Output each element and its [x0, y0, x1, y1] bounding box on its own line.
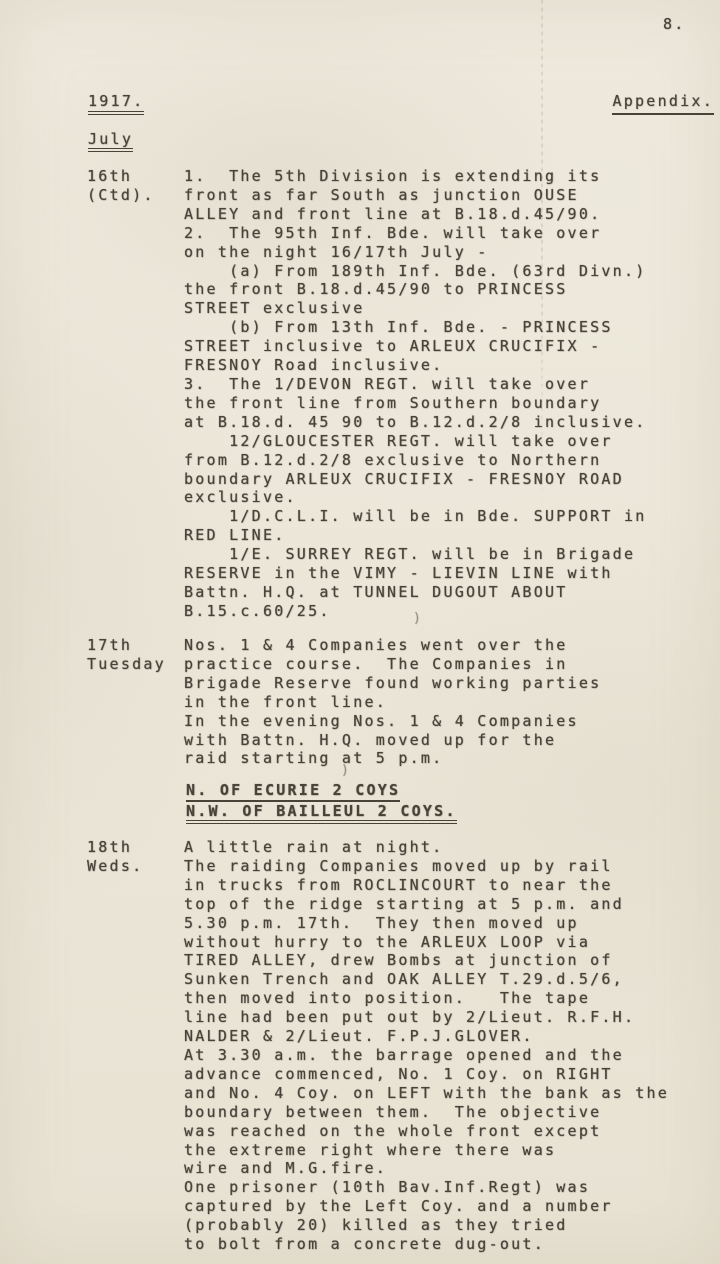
location-headings: N. OF ECURIE 2 COYS N.W. OF BAILLEUL 2 C… [186, 780, 457, 821]
appendix-heading: Appendix. [612, 92, 714, 115]
diary-entry-18th: 18th Weds. A little rain at night. The r… [0, 838, 720, 1254]
page-number: 8. [663, 15, 686, 34]
location-heading-ecurie: N. OF ECURIE 2 COYS [186, 781, 400, 802]
location-heading-row: N. OF ECURIE 2 COYS [186, 780, 457, 801]
entry-body-18th: A little rain at night. The raiding Comp… [184, 838, 720, 1254]
war-diary-page: 8. 1917. Appendix. July 16th (Ctd). 1. T… [0, 0, 720, 1264]
diary-entry-17th: 17th Tuesday Nos. 1 & 4 Companies went o… [0, 636, 720, 768]
diary-entry-16th: 16th (Ctd). 1. The 5th Division is exten… [0, 167, 720, 621]
entry-body-17th: Nos. 1 & 4 Companies went over the pract… [184, 636, 720, 768]
entry-date-16th: 16th (Ctd). [87, 167, 155, 205]
month-heading-wrap: July [88, 130, 133, 149]
year-heading: 1917. [88, 92, 144, 115]
entry-date-17th: 17th Tuesday [87, 636, 166, 674]
typewriter-artifact: ) [413, 610, 423, 629]
entry-date-18th: 18th Weds. [87, 838, 143, 876]
typewriter-artifact: ) [341, 762, 351, 781]
page-header: 1917. Appendix. [88, 92, 714, 115]
location-heading-bailleul: N.W. OF BAILLEUL 2 COYS. [186, 802, 457, 824]
entry-body-16th: 1. The 5th Division is extending its fro… [184, 167, 720, 621]
location-heading-row: N.W. OF BAILLEUL 2 COYS. [186, 801, 457, 822]
month-heading: July [88, 130, 133, 152]
